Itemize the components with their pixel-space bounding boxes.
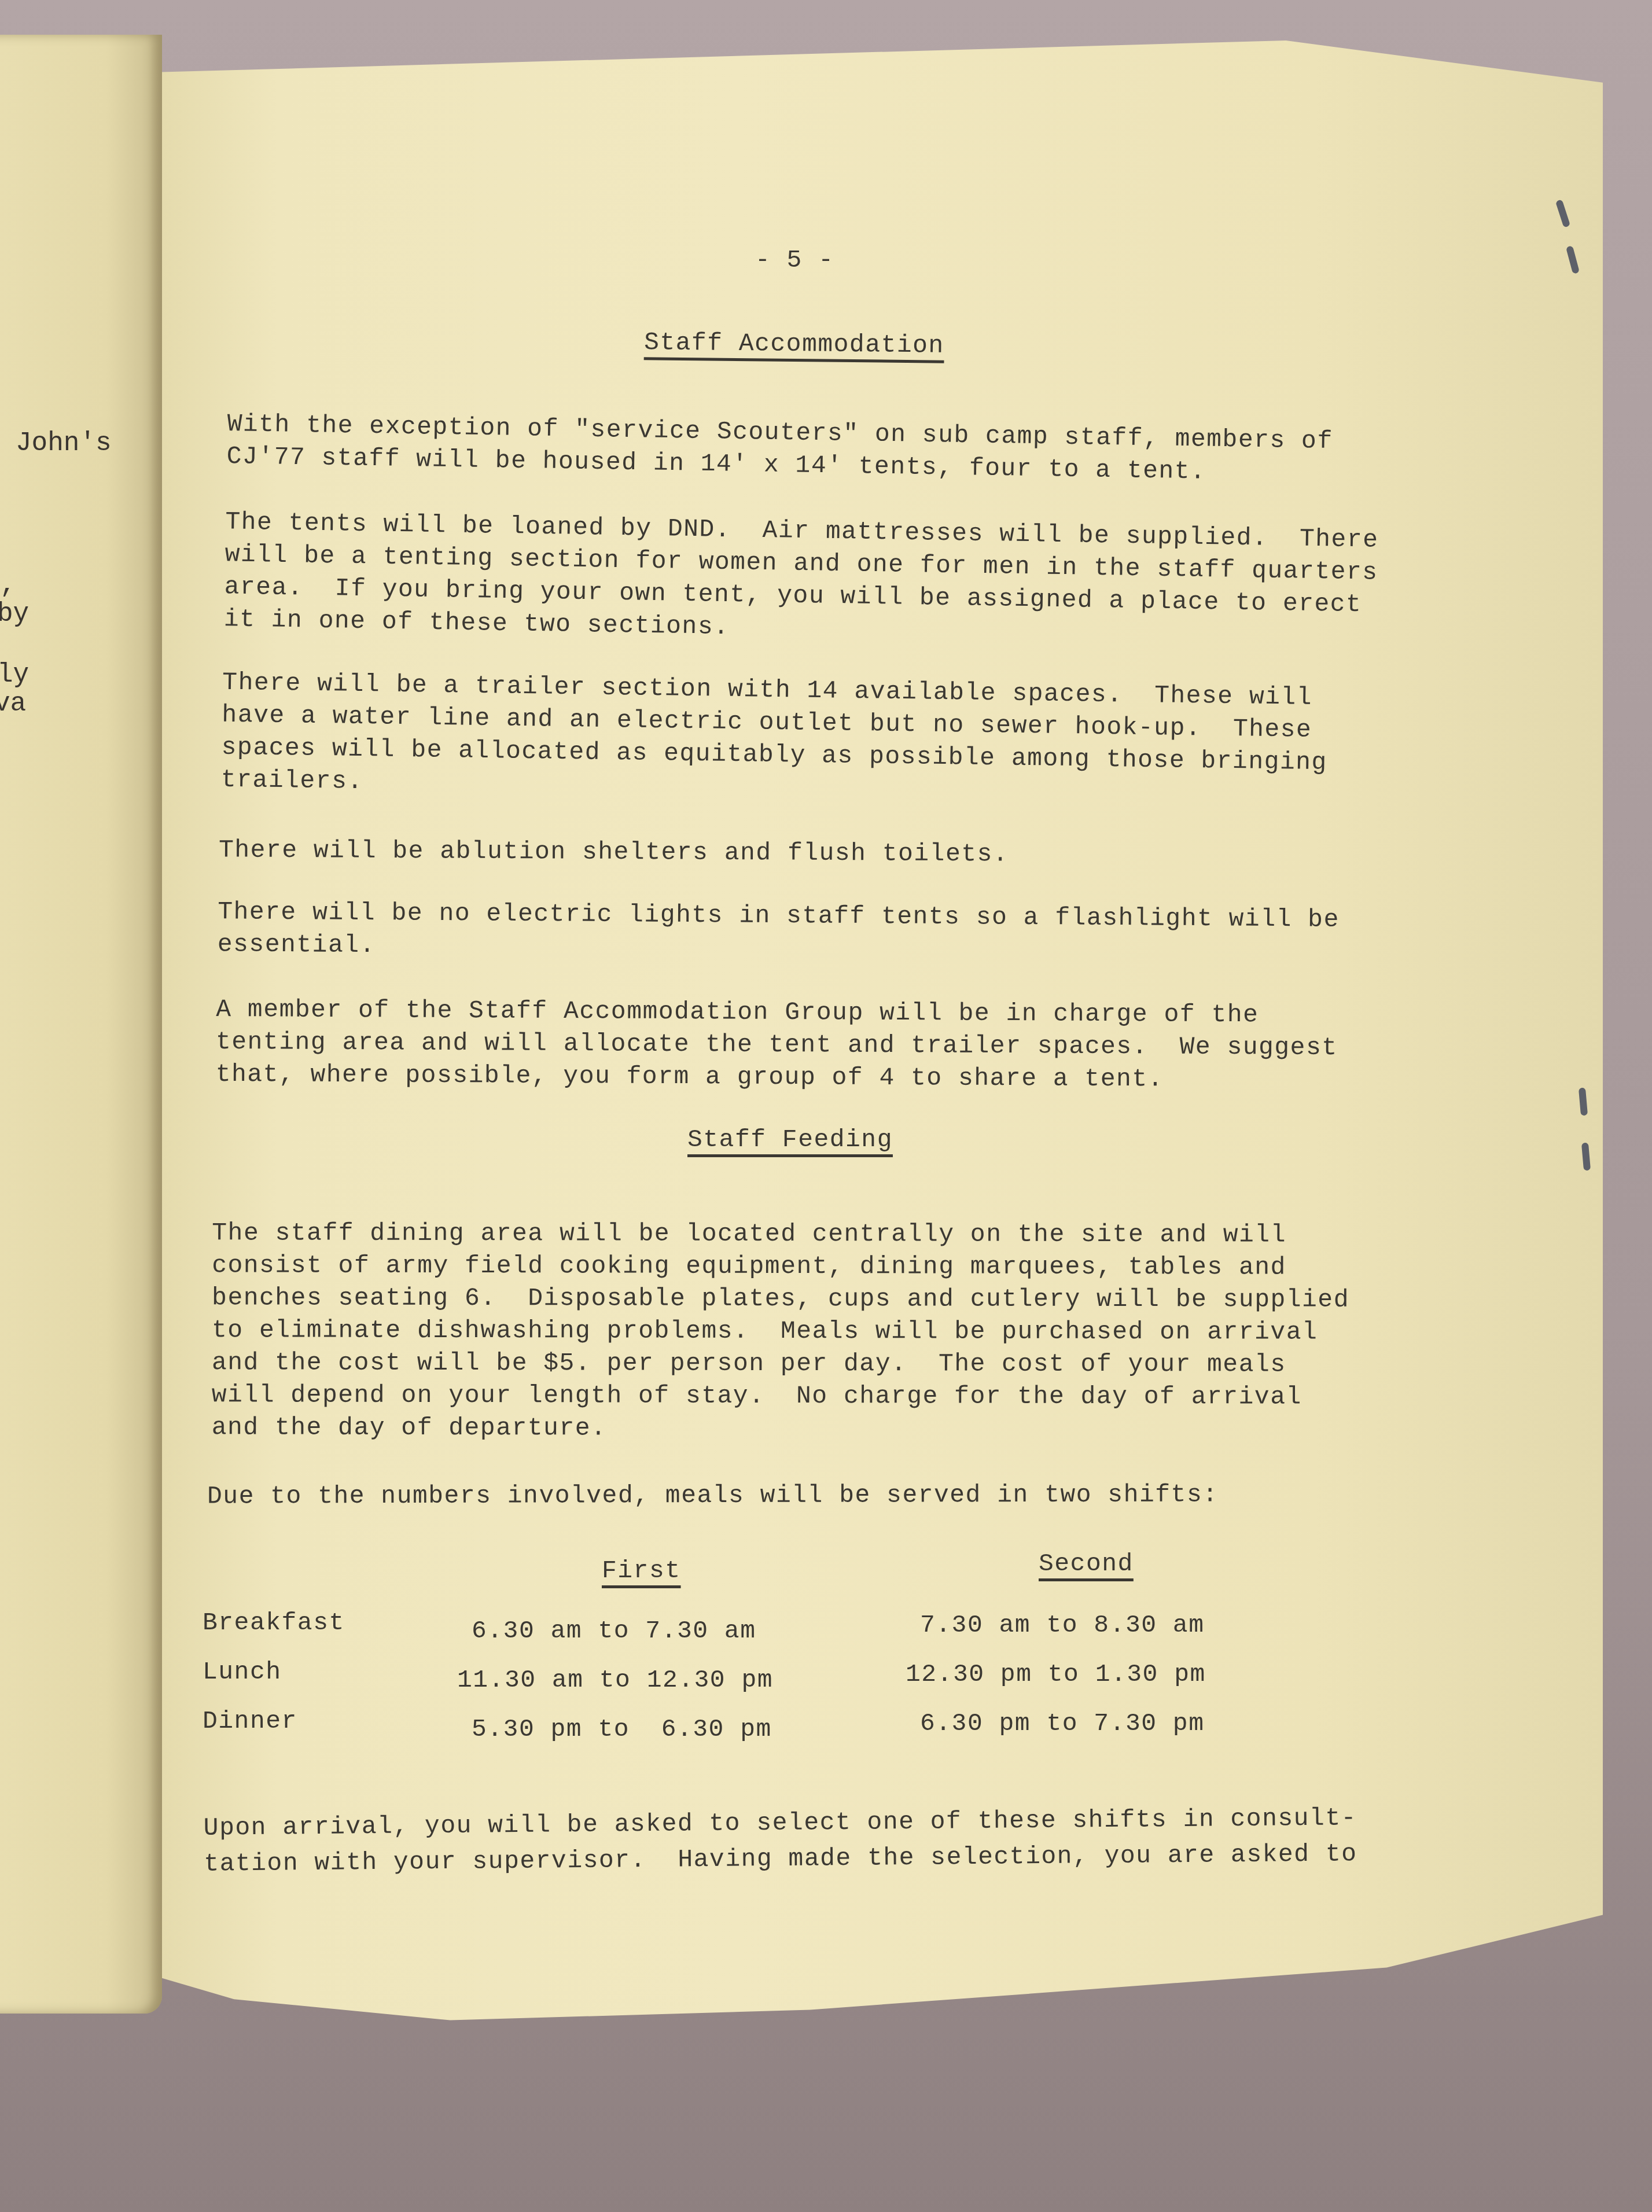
paragraph: The staff dining area will be located ce… (212, 1217, 1350, 1445)
paragraph: There will be ablution shelters and flus… (219, 834, 1009, 870)
meal-name: Dinner (203, 1707, 297, 1735)
left-page-fragment: , (0, 570, 16, 600)
meal-name: Lunch (203, 1658, 282, 1686)
second-shift-time: 7.30 am to 8.30 am (920, 1611, 1204, 1639)
left-page-fragment: by (0, 599, 29, 629)
section-heading-accommodation: Staff Accommodation (644, 328, 944, 359)
section-heading-feeding: Staff Feeding (687, 1125, 893, 1154)
column-header-first: First (602, 1556, 681, 1585)
table-row: Dinner 5.30 pm to 6.30 pm 6.30 pm to 7.3… (203, 1707, 1244, 1753)
first-shift-time: 5.30 pm to 6.30 pm (472, 1715, 772, 1743)
paragraph: There will be no electric lights in staf… (218, 896, 1340, 969)
paragraph: There will be a trailer section with 14 … (221, 667, 1329, 812)
left-page: John's , by ly va (0, 35, 162, 2014)
second-shift-time: 12.30 pm to 1.30 pm (906, 1660, 1206, 1688)
first-shift-time: 11.30 am to 12.30 pm (457, 1666, 773, 1694)
closing-paragraph: Upon arrival, you will be asked to selec… (203, 1800, 1357, 1882)
left-page-fragment: John's (16, 428, 112, 458)
table-row: Breakfast 6.30 am to 7.30 am 7.30 am to … (203, 1609, 1244, 1655)
left-page-fragment: va (0, 689, 26, 719)
column-header-second: Second (1039, 1549, 1134, 1578)
first-shift-time: 6.30 am to 7.30 am (472, 1617, 756, 1645)
left-page-fragment: ly (0, 660, 29, 690)
table-row: Lunch 11.30 am to 12.30 pm 12.30 pm to 1… (203, 1658, 1244, 1704)
paragraph: The tents will be loaned by DND. Air mat… (223, 506, 1378, 653)
second-shift-time: 6.30 pm to 7.30 pm (920, 1709, 1204, 1738)
meal-name: Breakfast (203, 1609, 345, 1637)
paragraph: Due to the numbers involved, meals will … (207, 1478, 1219, 1512)
paragraph: A member of the Staff Accommodation Grou… (216, 993, 1338, 1096)
page-number: - 5 - (755, 246, 834, 274)
